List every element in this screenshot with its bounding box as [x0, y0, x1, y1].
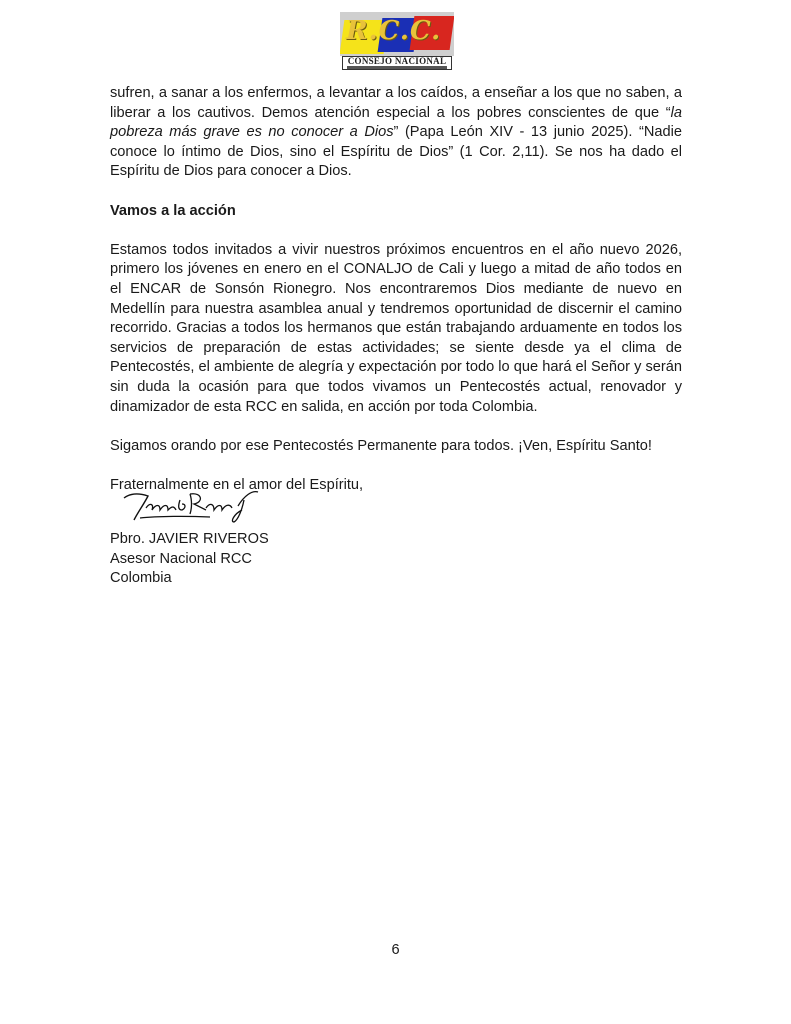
logo-subtitle-bar [347, 66, 447, 69]
letter-body: sufren, a sanar a los enfermos, a levant… [110, 84, 682, 495]
logo-band-text: CONSEJO NACIONAL [343, 57, 451, 66]
signer-title: Asesor Nacional RCC [110, 550, 269, 570]
signature-block: Pbro. JAVIER RIVEROS Asesor Nacional RCC… [110, 530, 269, 589]
document-page: R.C.C. CONSEJO NACIONAL sufren, a sanar … [0, 0, 791, 1024]
paragraph-1-text: sufren, a sanar a los enfermos, a levant… [110, 85, 682, 121]
signer-country: Colombia [110, 569, 269, 589]
logo-flag-graphic: R.C.C. [340, 12, 454, 56]
signer-name: Pbro. JAVIER RIVEROS [110, 530, 269, 550]
section-heading: Vamos a la acción [110, 202, 682, 222]
page-number: 6 [0, 942, 791, 958]
paragraph-1: sufren, a sanar a los enfermos, a levant… [110, 84, 682, 182]
paragraph-3: Sigamos orando por ese Pentecostés Perma… [110, 437, 682, 457]
logo-band: CONSEJO NACIONAL [342, 56, 452, 70]
paragraph-2: Estamos todos invitados a vivir nuestros… [110, 241, 682, 417]
handwritten-signature [118, 486, 263, 526]
rcc-logo: R.C.C. CONSEJO NACIONAL [340, 12, 454, 72]
logo-letters: R.C.C. [346, 16, 454, 46]
